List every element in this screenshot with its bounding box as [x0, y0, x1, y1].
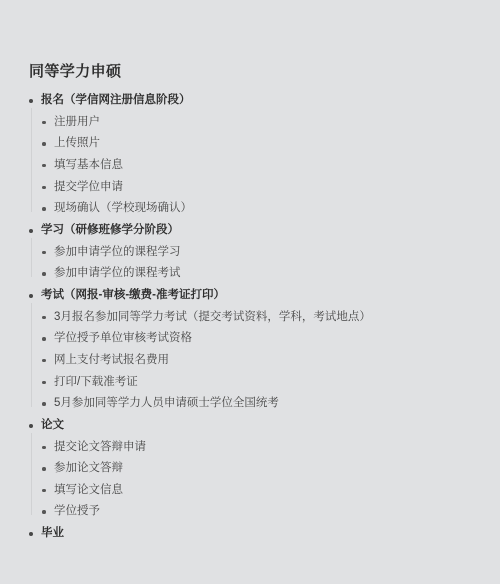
- outline-node-level2: 学位授予: [39, 501, 480, 523]
- bullet-icon: [29, 229, 33, 233]
- outline-node-level1: 毕业: [26, 523, 480, 545]
- outline-node-level2: 参加申请学位的课程考试: [39, 263, 480, 285]
- document-page: 同等学力申硕 报名（学信网注册信息阶段） 注册用户 上传照片 填写基本信息 提交…: [0, 0, 500, 545]
- bullet-icon: [42, 489, 46, 493]
- section-exam: 考试（网报-审核-缴费-准考证打印） 3月报名参加同等学力考试（提交考试资料，学…: [26, 285, 480, 415]
- outline-node-level2: 填写论文信息: [39, 480, 480, 502]
- bullet-icon: [42, 316, 46, 320]
- section-study: 学习（研修班修学分阶段） 参加申请学位的课程学习 参加申请学位的课程考试: [26, 220, 480, 285]
- bullet-icon: [42, 272, 46, 276]
- node-label: 参加申请学位的课程考试: [54, 267, 181, 279]
- outline-node-level2: 网上支付考试报名费用: [39, 350, 480, 372]
- outline-node-level2: 参加申请学位的课程学习: [39, 242, 480, 264]
- node-label: 填写基本信息: [54, 159, 123, 171]
- node-label: 参加论文答辩: [54, 462, 123, 474]
- node-label: 提交学位申请: [54, 181, 123, 193]
- node-label: 考试（网报-审核-缴费-准考证打印）: [41, 289, 225, 301]
- bullet-icon: [42, 164, 46, 168]
- bullet-icon: [29, 294, 33, 298]
- bullet-icon: [42, 446, 46, 450]
- outline-node-level2: 注册用户: [39, 112, 480, 134]
- outline-node-level2: 填写基本信息: [39, 155, 480, 177]
- outline-node-level1: 考试（网报-审核-缴费-准考证打印）: [26, 285, 480, 307]
- bullet-icon: [29, 532, 33, 536]
- bullet-icon: [29, 99, 33, 103]
- node-label: 学位授予: [54, 505, 100, 517]
- node-label: 3月报名参加同等学力考试（提交考试资料，学科，考试地点）: [54, 311, 371, 323]
- section-graduation: 毕业: [26, 523, 480, 545]
- node-label: 提交论文答辩申请: [54, 441, 146, 453]
- node-label: 5月参加同等学力人员申请硕士学位全国统考: [54, 397, 279, 409]
- outline-node-level2: 打印/下载准考证: [39, 372, 480, 394]
- section-thesis: 论文 提交论文答辩申请 参加论文答辩 填写论文信息 学位授予: [26, 415, 480, 523]
- outline-node-level1: 报名（学信网注册信息阶段）: [26, 90, 480, 112]
- outline-node-level1: 论文: [26, 415, 480, 437]
- node-label: 论文: [41, 419, 64, 431]
- bullet-icon: [29, 424, 33, 428]
- bullet-icon: [42, 186, 46, 190]
- children-group: 3月报名参加同等学力考试（提交考试资料，学科，考试地点） 学位授予单位审核考试资…: [26, 307, 480, 415]
- outline-node-level2: 5月参加同等学力人员申请硕士学位全国统考: [39, 393, 480, 415]
- node-label: 参加申请学位的课程学习: [54, 246, 181, 258]
- node-label: 学位授予单位审核考试资格: [54, 332, 192, 344]
- bullet-icon: [42, 381, 46, 385]
- bullet-icon: [42, 510, 46, 514]
- outline-node-level2: 3月报名参加同等学力考试（提交考试资料，学科，考试地点）: [39, 307, 480, 329]
- node-label: 现场确认（学校现场确认）: [54, 202, 192, 214]
- outline-node-level1: 学习（研修班修学分阶段）: [26, 220, 480, 242]
- bullet-icon: [42, 337, 46, 341]
- outline-node-level2: 现场确认（学校现场确认）: [39, 198, 480, 220]
- node-label: 网上支付考试报名费用: [54, 354, 169, 366]
- outline-node-level2: 参加论文答辩: [39, 458, 480, 480]
- children-group: 参加申请学位的课程学习 参加申请学位的课程考试: [26, 242, 480, 285]
- node-label: 报名（学信网注册信息阶段）: [41, 94, 191, 106]
- outline-node-level2: 学位授予单位审核考试资格: [39, 328, 480, 350]
- section-registration: 报名（学信网注册信息阶段） 注册用户 上传照片 填写基本信息 提交学位申请 现场…: [26, 90, 480, 220]
- outline-node-level2: 提交学位申请: [39, 177, 480, 199]
- node-label: 注册用户: [54, 116, 100, 128]
- bullet-icon: [42, 142, 46, 146]
- bullet-icon: [42, 251, 46, 255]
- bullet-icon: [42, 121, 46, 125]
- node-label: 学习（研修班修学分阶段）: [41, 224, 179, 236]
- node-label: 上传照片: [54, 137, 100, 149]
- outline-node-level2: 上传照片: [39, 133, 480, 155]
- outline-node-level2: 提交论文答辩申请: [39, 437, 480, 459]
- bullet-icon: [42, 207, 46, 211]
- node-label: 毕业: [41, 527, 64, 539]
- children-group: 提交论文答辩申请 参加论文答辩 填写论文信息 学位授予: [26, 437, 480, 524]
- node-label: 打印/下载准考证: [54, 376, 138, 388]
- page-title: 同等学力申硕: [29, 63, 480, 81]
- bullet-icon: [42, 467, 46, 471]
- node-label: 填写论文信息: [54, 484, 123, 496]
- bullet-icon: [42, 359, 46, 363]
- bullet-icon: [42, 402, 46, 406]
- children-group: 注册用户 上传照片 填写基本信息 提交学位申请 现场确认（学校现场确认）: [26, 112, 480, 220]
